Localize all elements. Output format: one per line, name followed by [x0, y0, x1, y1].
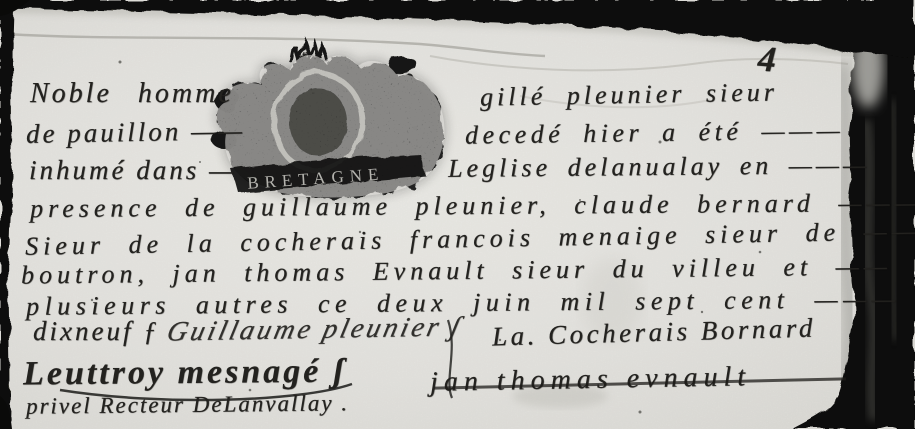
- page-number: 4: [757, 37, 778, 80]
- signature-la-cocherais-bornard: La. Cocherais Bornard: [492, 312, 817, 352]
- signature-mesnage: Leuttroy mesnagé ʃ: [23, 353, 347, 394]
- record-line-8-dixneuf: dixneuf ƒ: [33, 316, 160, 347]
- scan-edge-top: [0, 0, 915, 58]
- record-line-3-left: inhumé dans —: [29, 155, 236, 186]
- stamp-band-text: BRETAGNE: [247, 164, 385, 193]
- record-line-2-left: de pauillon ——: [26, 115, 246, 150]
- record-line-1-right: gillé pleunier sieur: [480, 77, 778, 112]
- stamp-crown-spikes: [292, 41, 327, 62]
- record-line-3-right: Leglise delanualay en ———: [448, 150, 870, 184]
- signature-rector-lanvallay: privel Recteur DeLanvallay .: [26, 390, 349, 419]
- record-line-1-left: Noble homme: [30, 78, 234, 110]
- signature-guillaume-pleunier: Guillaume pleunier ʃ: [164, 311, 466, 348]
- manuscript-page: BRETAGNE 4 Noble homme gillé pleunier si…: [0, 0, 915, 429]
- record-line-2-right: decedé hier a été ———: [465, 115, 845, 150]
